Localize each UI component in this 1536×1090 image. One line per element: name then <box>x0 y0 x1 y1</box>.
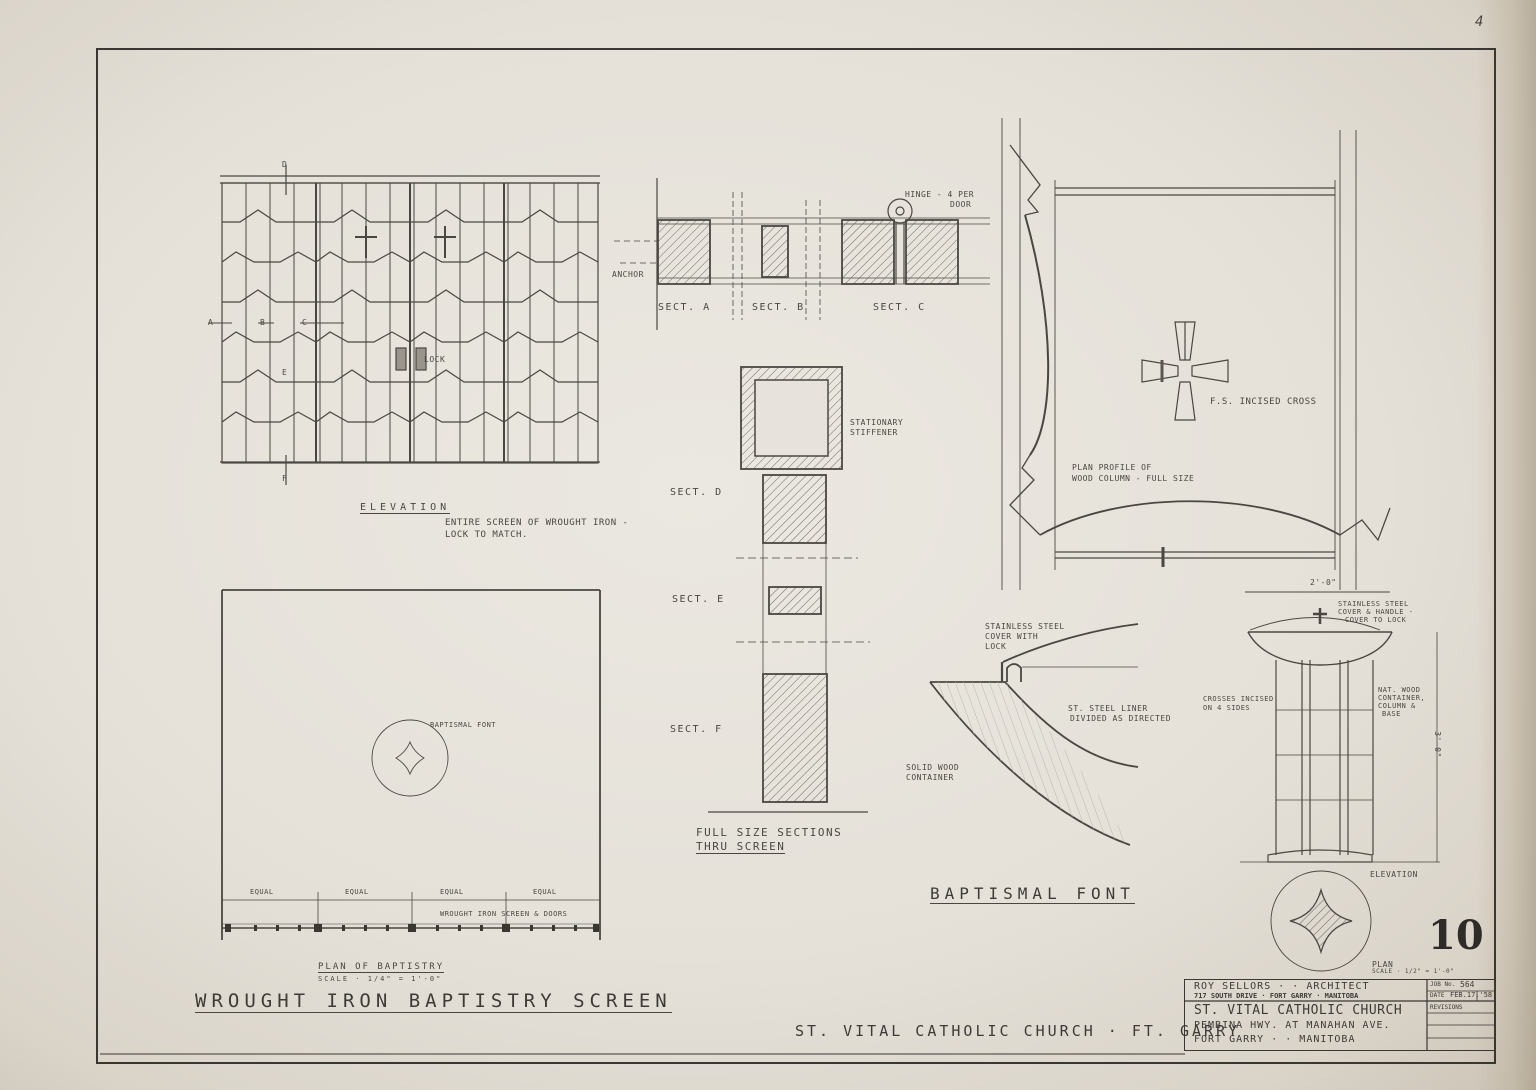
cover-label-2: COVER WITH <box>985 632 1038 641</box>
sections-caption-2: THRU SCREEN <box>696 840 785 854</box>
lock-label: LOCK <box>424 355 445 364</box>
sections-def <box>708 367 870 812</box>
elevation-note-2: LOCK TO MATCH. <box>445 530 528 540</box>
baptismal-font-callout: BAPTISMAL FONT <box>430 721 496 729</box>
plan-of-baptistry-scale: SCALE · 1/4" = 1'-0" <box>318 975 442 983</box>
font-cover-label-3: COVER TO LOCK <box>1345 616 1406 624</box>
liner-label-1: ST. STEEL LINER <box>1068 704 1148 713</box>
section-mark-a: A <box>208 318 213 327</box>
plan-profile-label-1: PLAN PROFILE OF <box>1072 463 1152 472</box>
wood-label-3: COLUMN & <box>1378 702 1416 710</box>
sections-caption-1: FULL SIZE SECTIONS <box>696 826 842 839</box>
hinge-label-1: HINGE - 4 PER <box>905 190 974 199</box>
screen-doors-callout: WROUGHT IRON SCREEN & DOORS <box>440 910 567 918</box>
cover-label-1: STAINLESS STEEL <box>985 622 1065 631</box>
architect-name: ROY SELLORS · · ARCHITECT <box>1194 981 1370 992</box>
job-number: 564 <box>1460 980 1474 989</box>
corner-mark: 4 <box>1475 14 1484 30</box>
font-cover-label-2: COVER & HANDLE - <box>1338 608 1413 616</box>
revisions-label: REVISIONS <box>1430 1004 1463 1011</box>
elevation-title: ELEVATION <box>360 502 450 514</box>
section-mark-f: F <box>282 474 287 483</box>
dim-equal-3: EQUAL <box>440 888 464 896</box>
sect-a-label: SECT. A <box>658 302 711 313</box>
sect-d-label: SECT. D <box>670 487 723 498</box>
stiffener-label-2: STIFFENER <box>850 428 898 437</box>
section-mark-b: B <box>260 318 265 327</box>
section-mark-e: E <box>282 368 287 377</box>
project-footer: ST. VITAL CATHOLIC CHURCH · FT. GARRY <box>795 1022 1240 1040</box>
font-elevation <box>1240 592 1440 971</box>
plan-of-baptistry-title: PLAN OF BAPTISTRY <box>318 962 444 973</box>
sect-f-label: SECT. F <box>670 724 723 735</box>
hinge-label-2: DOOR <box>950 200 971 209</box>
job-label: JOB No. <box>1430 981 1455 988</box>
cover-label-3: LOCK <box>985 642 1006 651</box>
sect-b-label: SECT. B <box>752 302 805 313</box>
height-dimension: 3'-0" <box>1433 731 1442 758</box>
font-plan-scale: SCALE · 1/2" = 1'-0" <box>1372 968 1454 975</box>
crosses-label-2: ON 4 SIDES <box>1203 704 1250 712</box>
container-label-1: SOLID WOOD <box>906 763 959 772</box>
date-value: FEB.17.'58 <box>1450 991 1492 999</box>
dim-equal-1: EQUAL <box>250 888 274 896</box>
architect-address: 717 SOUTH DRIVE · FORT GARRY · MANITOBA <box>1194 992 1358 1000</box>
screen-elevation <box>208 165 600 485</box>
wood-label-4: BASE <box>1382 710 1401 718</box>
baptismal-font-title: BAPTISMAL FONT <box>930 884 1135 904</box>
sect-c-label: SECT. C <box>873 302 926 313</box>
stiffener-label-1: STATIONARY <box>850 418 903 427</box>
elevation-note-1: ENTIRE SCREEN OF WROUGHT IRON - <box>445 518 628 528</box>
liner-label-2: DIVIDED AS DIRECTED <box>1070 714 1171 723</box>
font-section-detail <box>930 624 1138 845</box>
wood-label-2: CONTAINER, <box>1378 694 1425 702</box>
section-mark-c: C <box>302 318 307 327</box>
column-plan-profile <box>1002 118 1390 590</box>
linework <box>0 0 1536 1090</box>
drawing-sheet: 4 ELEVATION ENTIRE SCREEN OF WROUGHT IRO… <box>0 0 1536 1090</box>
section-mark-d: D <box>282 160 287 169</box>
font-elevation-label: ELEVATION <box>1370 870 1418 879</box>
dim-equal-2: EQUAL <box>345 888 369 896</box>
main-title: WROUGHT IRON BAPTISTRY SCREEN <box>195 990 672 1013</box>
incised-cross-label: F.S. INCISED CROSS <box>1210 397 1317 407</box>
plan-profile-label-2: WOOD COLUMN - FULL SIZE <box>1072 474 1194 483</box>
sect-e-label: SECT. E <box>672 594 725 605</box>
column-dimension: 2'-0" <box>1310 578 1337 587</box>
sheet-number: 10 <box>1428 912 1484 959</box>
container-label-2: CONTAINER <box>906 773 954 782</box>
date-label: DATE <box>1430 992 1444 999</box>
wood-label-1: NAT. WOOD <box>1378 686 1420 694</box>
dim-equal-4: EQUAL <box>533 888 557 896</box>
font-cover-label-1: STAINLESS STEEL <box>1338 600 1409 608</box>
anchor-label: ANCHOR <box>612 270 644 279</box>
church-name: ST. VITAL CATHOLIC CHURCH <box>1194 1003 1402 1018</box>
crosses-label-1: CROSSES INCISED <box>1203 695 1274 703</box>
